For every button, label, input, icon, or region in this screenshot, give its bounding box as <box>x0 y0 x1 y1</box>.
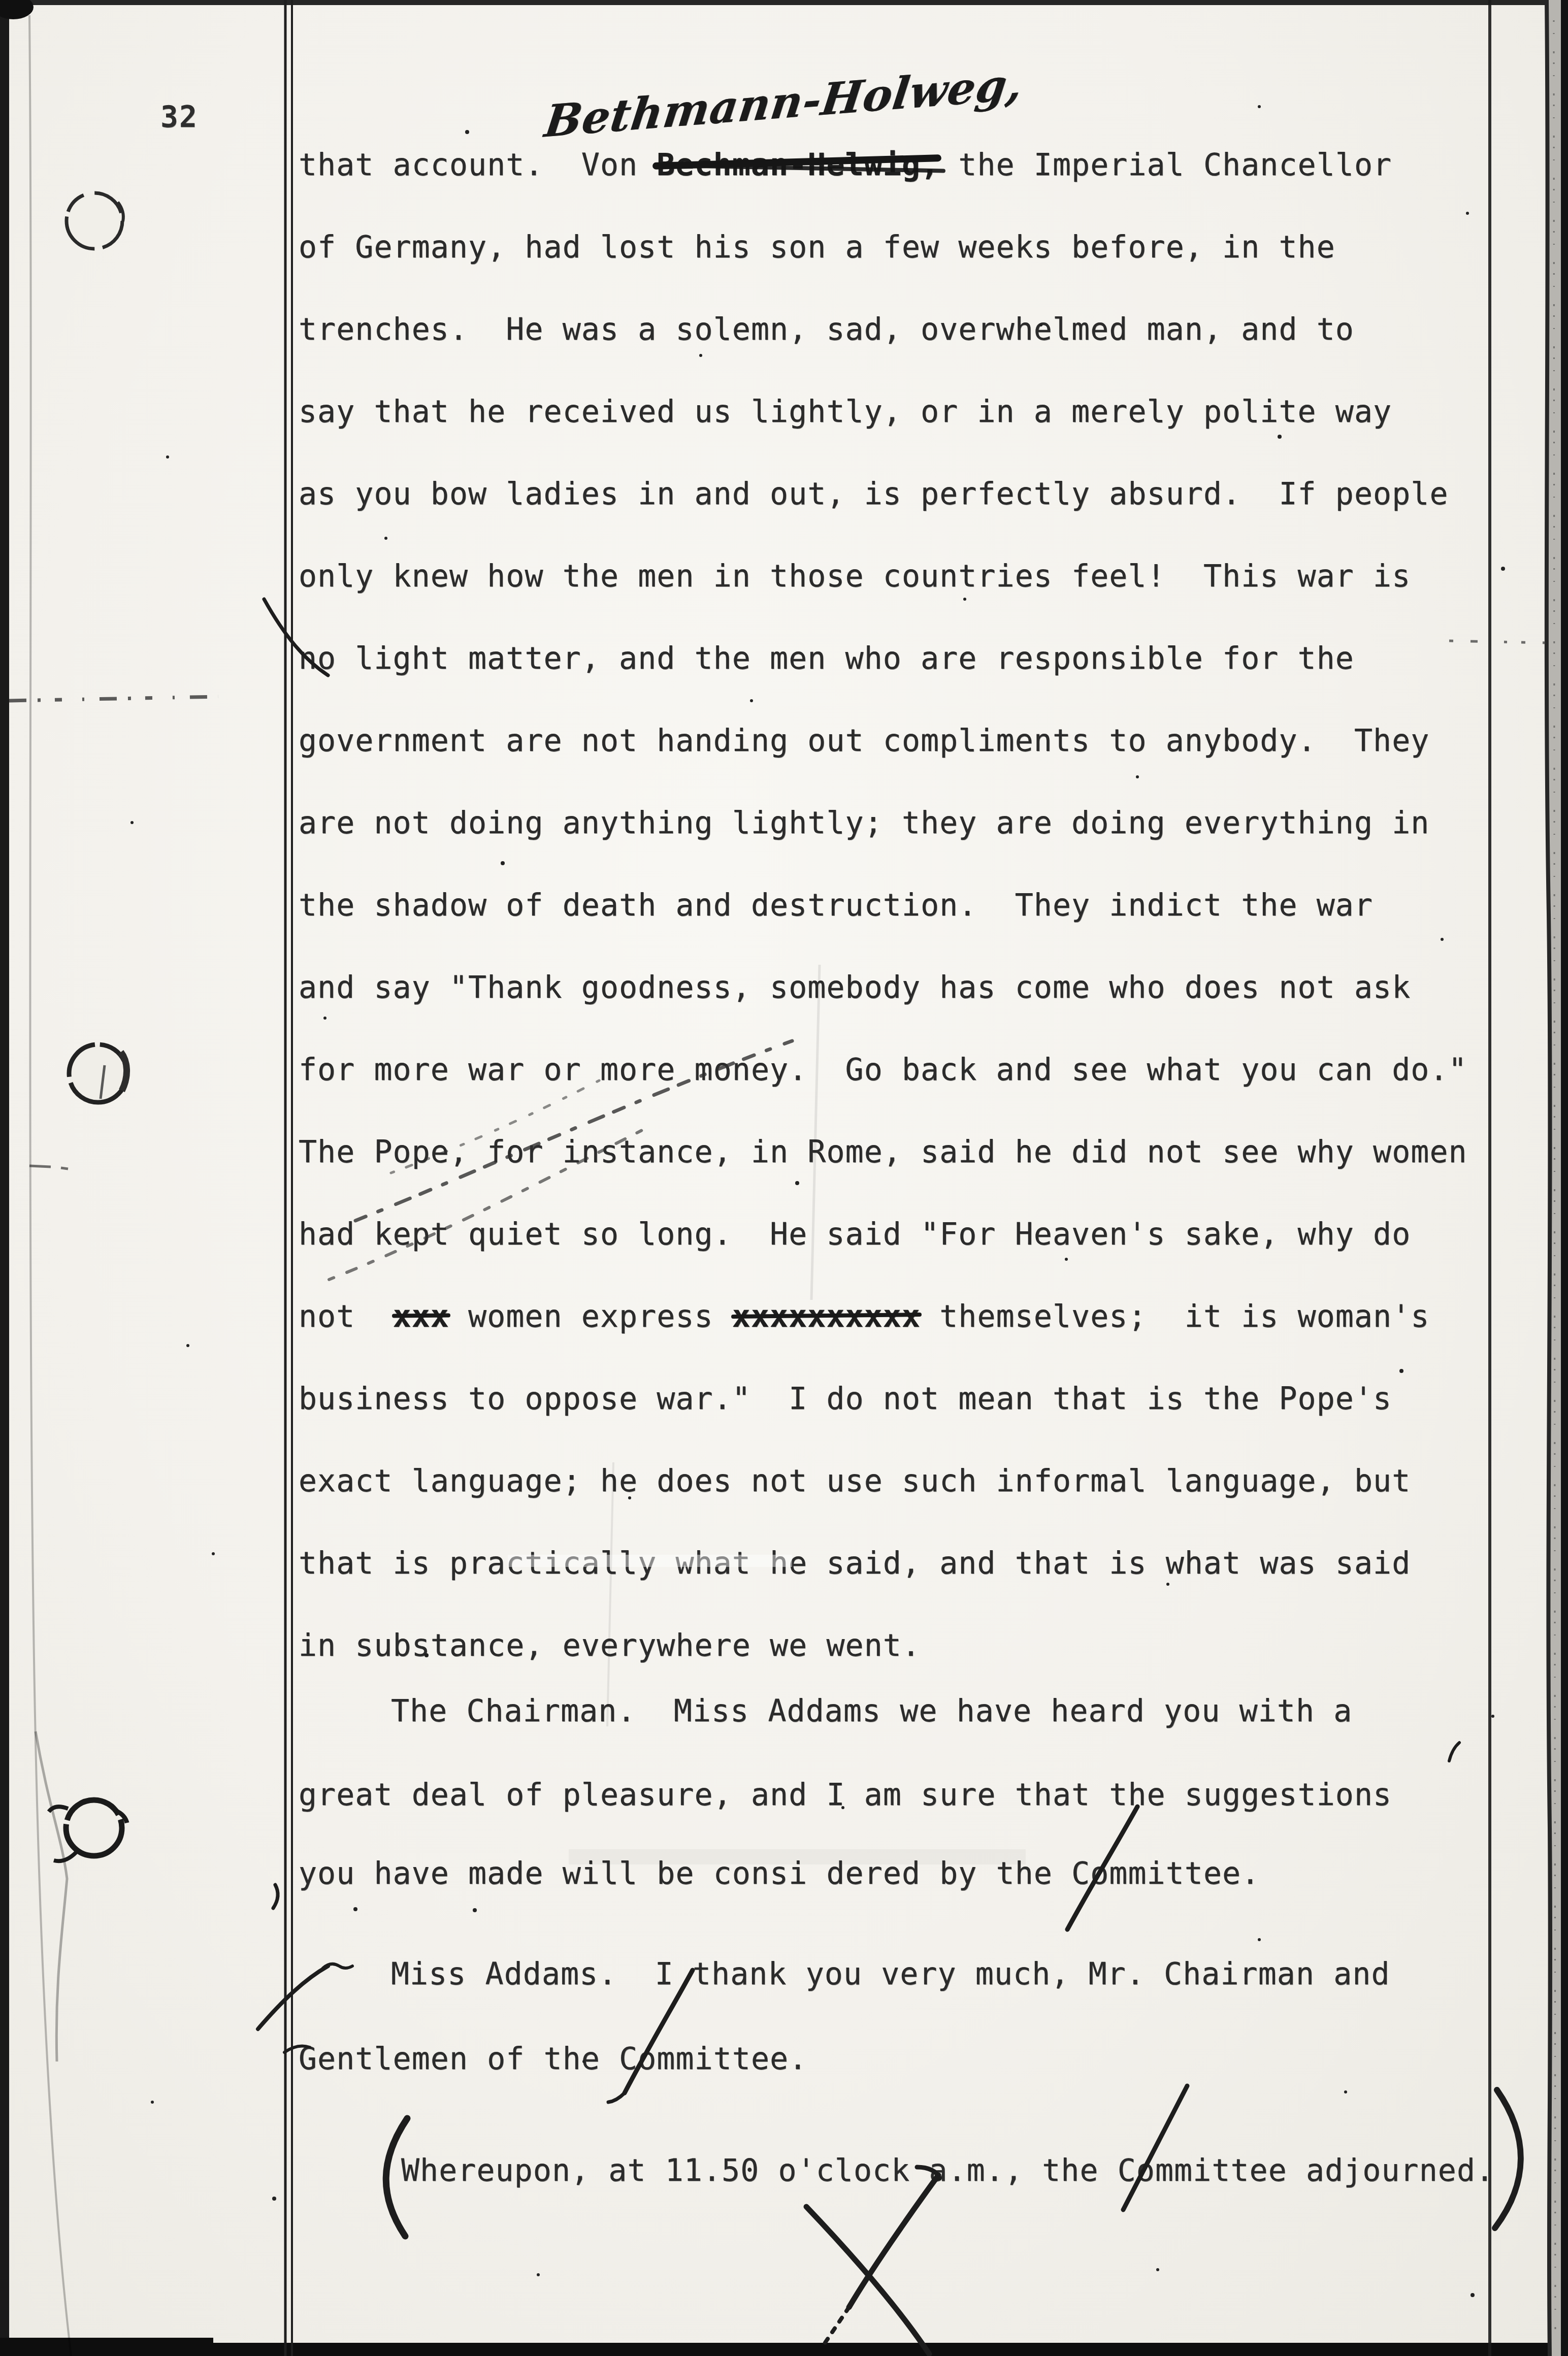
punch-hole-bottom-pen-ring <box>49 1800 127 1861</box>
typed-line-16: business to oppose war." I do not mean t… <box>299 1384 1392 1414</box>
typed-text: say that he received us lightly, or in a… <box>299 394 1392 430</box>
slash-committee-line25 <box>1123 2086 1187 2210</box>
typed-text: the Imperial Chancellor <box>939 147 1392 183</box>
paper-right-edge <box>1547 0 1550 2356</box>
typed-text: had kept quiet so long. He said "For Hea… <box>299 1217 1411 1252</box>
typed-text: the shadow of death and destruction. The… <box>299 888 1373 923</box>
handwritten-correction: Bethmann-Holweg, <box>542 58 1026 147</box>
scan-edge-right <box>1561 0 1568 2356</box>
typed-line-2: of Germany, had lost his son a few weeks… <box>299 232 1335 263</box>
typed-line-13: The Pope, for instance, in Rome, said he… <box>299 1137 1467 1167</box>
pen-x-mark-arm-b-dotted <box>822 2307 849 2348</box>
typed-text: as you bow ladies in and out, is perfect… <box>299 476 1449 512</box>
typed-line-11: and say "Thank goodness, somebody has co… <box>299 972 1411 1003</box>
typed-text: business to oppose war." I do not mean t… <box>299 1381 1392 1417</box>
typed-line-21: great deal of pleasure, and I am sure th… <box>299 1780 1392 1810</box>
typed-line-4: say that he received us lightly, or in a… <box>299 397 1392 427</box>
typed-line-10: the shadow of death and destruction. The… <box>299 890 1373 921</box>
typed-line-7: no light matter, and the men who are res… <box>299 643 1354 674</box>
typed-text: trenches. He was a solemn, sad, overwhel… <box>299 312 1354 347</box>
typed-line-3: trenches. He was a solemn, sad, overwhel… <box>299 314 1354 345</box>
typed-line-5: as you bow ladies in and out, is perfect… <box>299 479 1449 509</box>
typed-text: that is practically what he said, and th… <box>299 1546 1411 1581</box>
typed-line-1: that account. Von Bechman-Helwig, the Im… <box>299 150 1392 180</box>
typed-text: government are not handing out complimen… <box>299 723 1429 759</box>
typed-text: and say "Thank goodness, somebody has co… <box>299 970 1411 1005</box>
scan-edge-left <box>0 0 9 2356</box>
typed-text: women express <box>449 1299 732 1334</box>
typed-line-14: had kept quiet so long. He said "For Hea… <box>299 1219 1411 1250</box>
typed-text: Gentlemen of the Committee. <box>299 2041 807 2077</box>
page-number: 32 <box>160 100 198 134</box>
typed-text: of Germany, had lost his son a few weeks… <box>299 230 1335 265</box>
scan-corner-blob <box>0 0 34 19</box>
typed-line-20: The Chairman. Miss Addams we have heard … <box>391 1696 1352 1726</box>
handwritten-close-paren <box>1495 2090 1521 2228</box>
paper-grain-band <box>1548 0 1562 2356</box>
typed-text: in substance, everywhere we went. <box>299 1628 921 1663</box>
scan-edge-bottom-left <box>0 2338 213 2356</box>
carbon-smudge <box>569 1849 1026 1864</box>
left-crease <box>29 15 71 2356</box>
typed-text: are not doing anything lightly; they are… <box>299 805 1429 841</box>
erasure-smear <box>508 1555 792 1567</box>
typed-line-9: are not doing anything lightly; they are… <box>299 808 1429 838</box>
typed-text: no light matter, and the men who are res… <box>299 641 1354 676</box>
scan-edge-top <box>0 0 1568 5</box>
typed-text: The Pope, for instance, in Rome, said he… <box>299 1134 1467 1170</box>
typed-text: The Chairman. Miss Addams we have heard … <box>391 1693 1352 1729</box>
pen-tick-suggestions <box>1449 1743 1459 1761</box>
typed-line-19: in substance, everywhere we went. <box>299 1630 921 1661</box>
scanned-page: 32 Bethmann-Holweg, that account. Von Be… <box>0 0 1568 2356</box>
typed-text: for more war or more money. Go back and … <box>299 1052 1467 1088</box>
typed-text: exact language; he does not use such inf… <box>299 1463 1411 1499</box>
left-crease-lower <box>36 1731 67 2061</box>
typed-text: not <box>299 1299 393 1334</box>
pen-comma-line22 <box>273 1885 278 1908</box>
typed-line-6: only knew how the men in those countries… <box>299 561 1411 592</box>
typed-strikeout: xxx <box>393 1299 449 1334</box>
typed-line-17: exact language; he does not use such inf… <box>299 1466 1411 1496</box>
punch-hole-top <box>67 193 123 249</box>
margin-dash-line <box>9 697 218 701</box>
typed-text: that account. Von <box>299 147 657 183</box>
pen-x-mark-arm-b <box>849 2175 938 2307</box>
typed-strikeout: xxxxxxxxxx <box>732 1299 921 1334</box>
pen-x-mark-arm-a <box>806 2207 929 2354</box>
pen-stroke-gentlemen <box>258 1966 328 2029</box>
typed-line-18: that is practically what he said, and th… <box>299 1548 1411 1579</box>
speck-row-right <box>1449 641 1546 643</box>
grain-speckle-line <box>1554 20 1555 2336</box>
margin-dashes-small <box>29 1166 68 1169</box>
typed-line-24: Gentlemen of the Committee. <box>299 2044 807 2074</box>
typed-line-23: Miss Addams. I thank you very much, Mr. … <box>391 1959 1390 1989</box>
typed-text: only knew how the men in those countries… <box>299 559 1411 594</box>
typed-line-8: government are not handing out complimen… <box>299 726 1429 756</box>
typed-text: themselves; it is woman's <box>921 1299 1429 1334</box>
scan-edge-bottom <box>0 2343 1568 2356</box>
pen-tilde-gentlemen <box>323 1964 352 1968</box>
center-crease-2 <box>607 1462 613 1726</box>
typed-strikeout: Bechman-Helwig, <box>657 147 939 183</box>
typed-line-15: not xxx women express xxxxxxxxxx themsel… <box>299 1301 1429 1332</box>
typed-line-25: Whereupon, at 11.50 o'clock a.m., the Co… <box>401 2155 1494 2186</box>
typed-text: Whereupon, at 11.50 o'clock a.m., the Co… <box>401 2153 1494 2188</box>
typed-text: Miss Addams. I thank you very much, Mr. … <box>391 1956 1390 1992</box>
slash-committee-line24-curl <box>608 2093 625 2102</box>
typed-text: great deal of pleasure, and I am sure th… <box>299 1777 1392 1813</box>
typed-line-12: for more war or more money. Go back and … <box>299 1055 1467 1085</box>
punch-hole-middle <box>69 1044 127 1102</box>
